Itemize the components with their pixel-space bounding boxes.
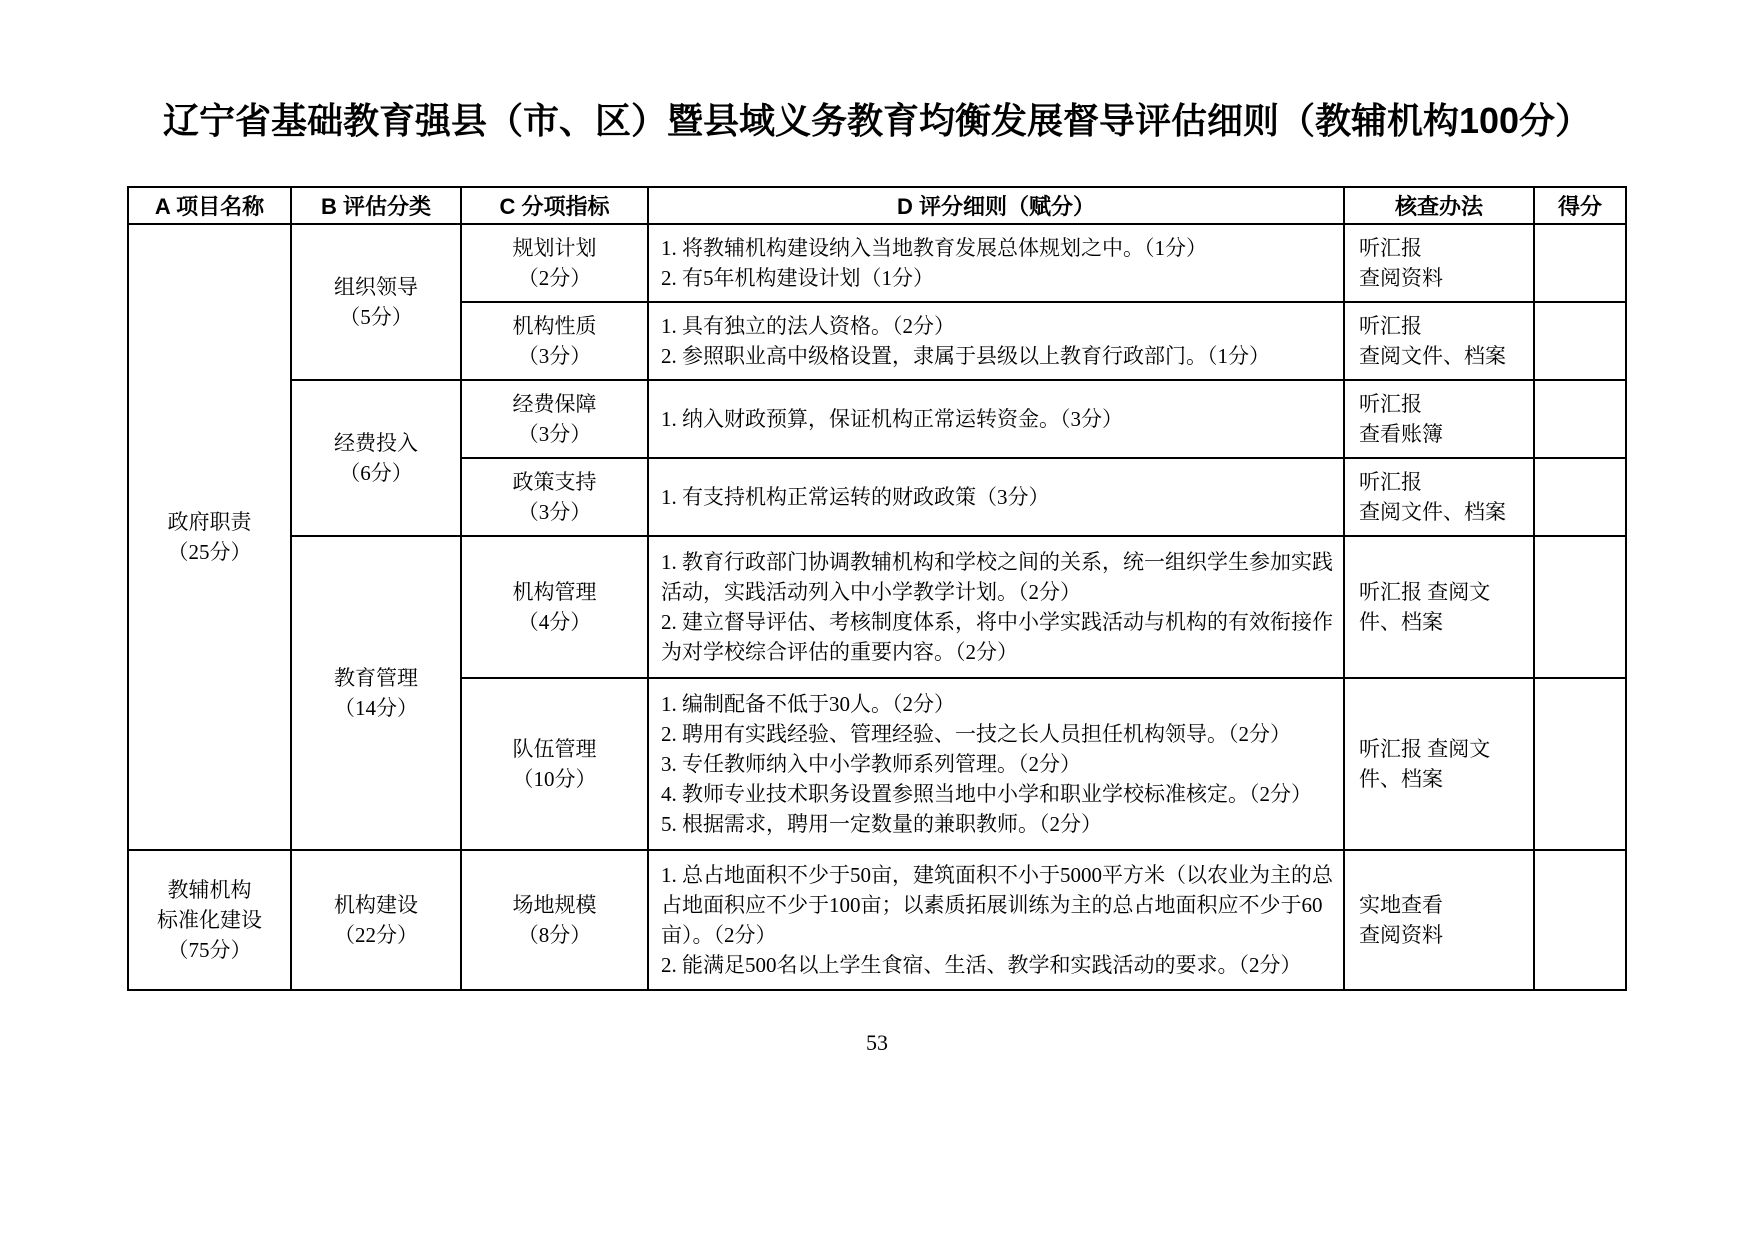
cell-check-method: 听汇报 查阅文件、档案 — [1344, 458, 1534, 536]
cell-criteria: 1. 教育行政部门协调教辅机构和学校之间的关系，统一组织学生参加实践活动，实践活… — [648, 536, 1344, 678]
table-header-row: A 项目名称 B 评估分类 C 分项指标 D 评分细则（赋分） 核查办法 得分 — [128, 187, 1626, 224]
cell-criteria: 1. 具有独立的法人资格。（2分） 2. 参照职业高中级格设置，隶属于县级以上教… — [648, 302, 1344, 380]
page-number: 53 — [0, 1030, 1754, 1056]
cell-score — [1534, 380, 1626, 458]
cell-check-method: 听汇报 查看账簿 — [1344, 380, 1534, 458]
cell-indicator: 机构性质 （3分） — [461, 302, 648, 380]
cell-criteria: 1. 编制配备不低于30人。（2分） 2. 聘用有实践经验、管理经验、一技之长人… — [648, 678, 1344, 850]
cell-criteria: 1. 纳入财政预算，保证机构正常运转资金。（3分） — [648, 380, 1344, 458]
cell-indicator: 场地规模 （8分） — [461, 850, 648, 990]
cell-criteria: 1. 将教辅机构建设纳入当地教育发展总体规划之中。（1分） 2. 有5年机构建设… — [648, 224, 1344, 302]
cell-check-method: 听汇报 查阅文 件、档案 — [1344, 678, 1534, 850]
cell-project-government-duty: 政府职责 （25分） — [128, 224, 291, 850]
header-check-method: 核查办法 — [1344, 187, 1534, 224]
table-row: 教育管理 （14分） 机构管理 （4分） 1. 教育行政部门协调教辅机构和学校之… — [128, 536, 1626, 678]
cell-score — [1534, 678, 1626, 850]
cell-score — [1534, 224, 1626, 302]
cell-indicator: 政策支持 （3分） — [461, 458, 648, 536]
cell-score — [1534, 850, 1626, 990]
cell-check-method: 听汇报 查阅文 件、档案 — [1344, 536, 1534, 678]
cell-score — [1534, 302, 1626, 380]
cell-check-method: 听汇报 查阅文件、档案 — [1344, 302, 1534, 380]
table-row: 政府职责 （25分） 组织领导 （5分） 规划计划 （2分） 1. 将教辅机构建… — [128, 224, 1626, 302]
header-score: 得分 — [1534, 187, 1626, 224]
cell-score — [1534, 536, 1626, 678]
cell-category-funding-input: 经费投入 （6分） — [291, 380, 461, 536]
header-scoring-criteria: D 评分细则（赋分） — [648, 187, 1344, 224]
header-evaluation-category: B 评估分类 — [291, 187, 461, 224]
cell-project-standardized-construction: 教辅机构 标准化建设 （75分） — [128, 850, 291, 990]
cell-check-method: 听汇报 查阅资料 — [1344, 224, 1534, 302]
cell-indicator: 机构管理 （4分） — [461, 536, 648, 678]
table-row: 教辅机构 标准化建设 （75分） 机构建设 （22分） 场地规模 （8分） 1.… — [128, 850, 1626, 990]
cell-indicator: 经费保障 （3分） — [461, 380, 648, 458]
document-page: 辽宁省基础教育强县（市、区）暨县域义务教育均衡发展督导评估细则（教辅机构100分… — [0, 0, 1754, 1241]
cell-category-education-management: 教育管理 （14分） — [291, 536, 461, 850]
table-row: 经费投入 （6分） 经费保障 （3分） 1. 纳入财政预算，保证机构正常运转资金… — [128, 380, 1626, 458]
evaluation-table: A 项目名称 B 评估分类 C 分项指标 D 评分细则（赋分） 核查办法 得分 … — [127, 186, 1627, 991]
document-title: 辽宁省基础教育强县（市、区）暨县域义务教育均衡发展督导评估细则（教辅机构100分… — [0, 0, 1754, 145]
cell-check-method: 实地查看 查阅资料 — [1344, 850, 1534, 990]
header-project-name: A 项目名称 — [128, 187, 291, 224]
cell-criteria: 1. 总占地面积不少于50亩，建筑面积不小于5000平方米（以农业为主的总占地面… — [648, 850, 1344, 990]
header-sub-indicator: C 分项指标 — [461, 187, 648, 224]
cell-indicator: 规划计划 （2分） — [461, 224, 648, 302]
cell-category-institution-construction: 机构建设 （22分） — [291, 850, 461, 990]
cell-category-organization-leadership: 组织领导 （5分） — [291, 224, 461, 380]
cell-indicator: 队伍管理 （10分） — [461, 678, 648, 850]
cell-criteria: 1. 有支持机构正常运转的财政政策（3分） — [648, 458, 1344, 536]
cell-score — [1534, 458, 1626, 536]
